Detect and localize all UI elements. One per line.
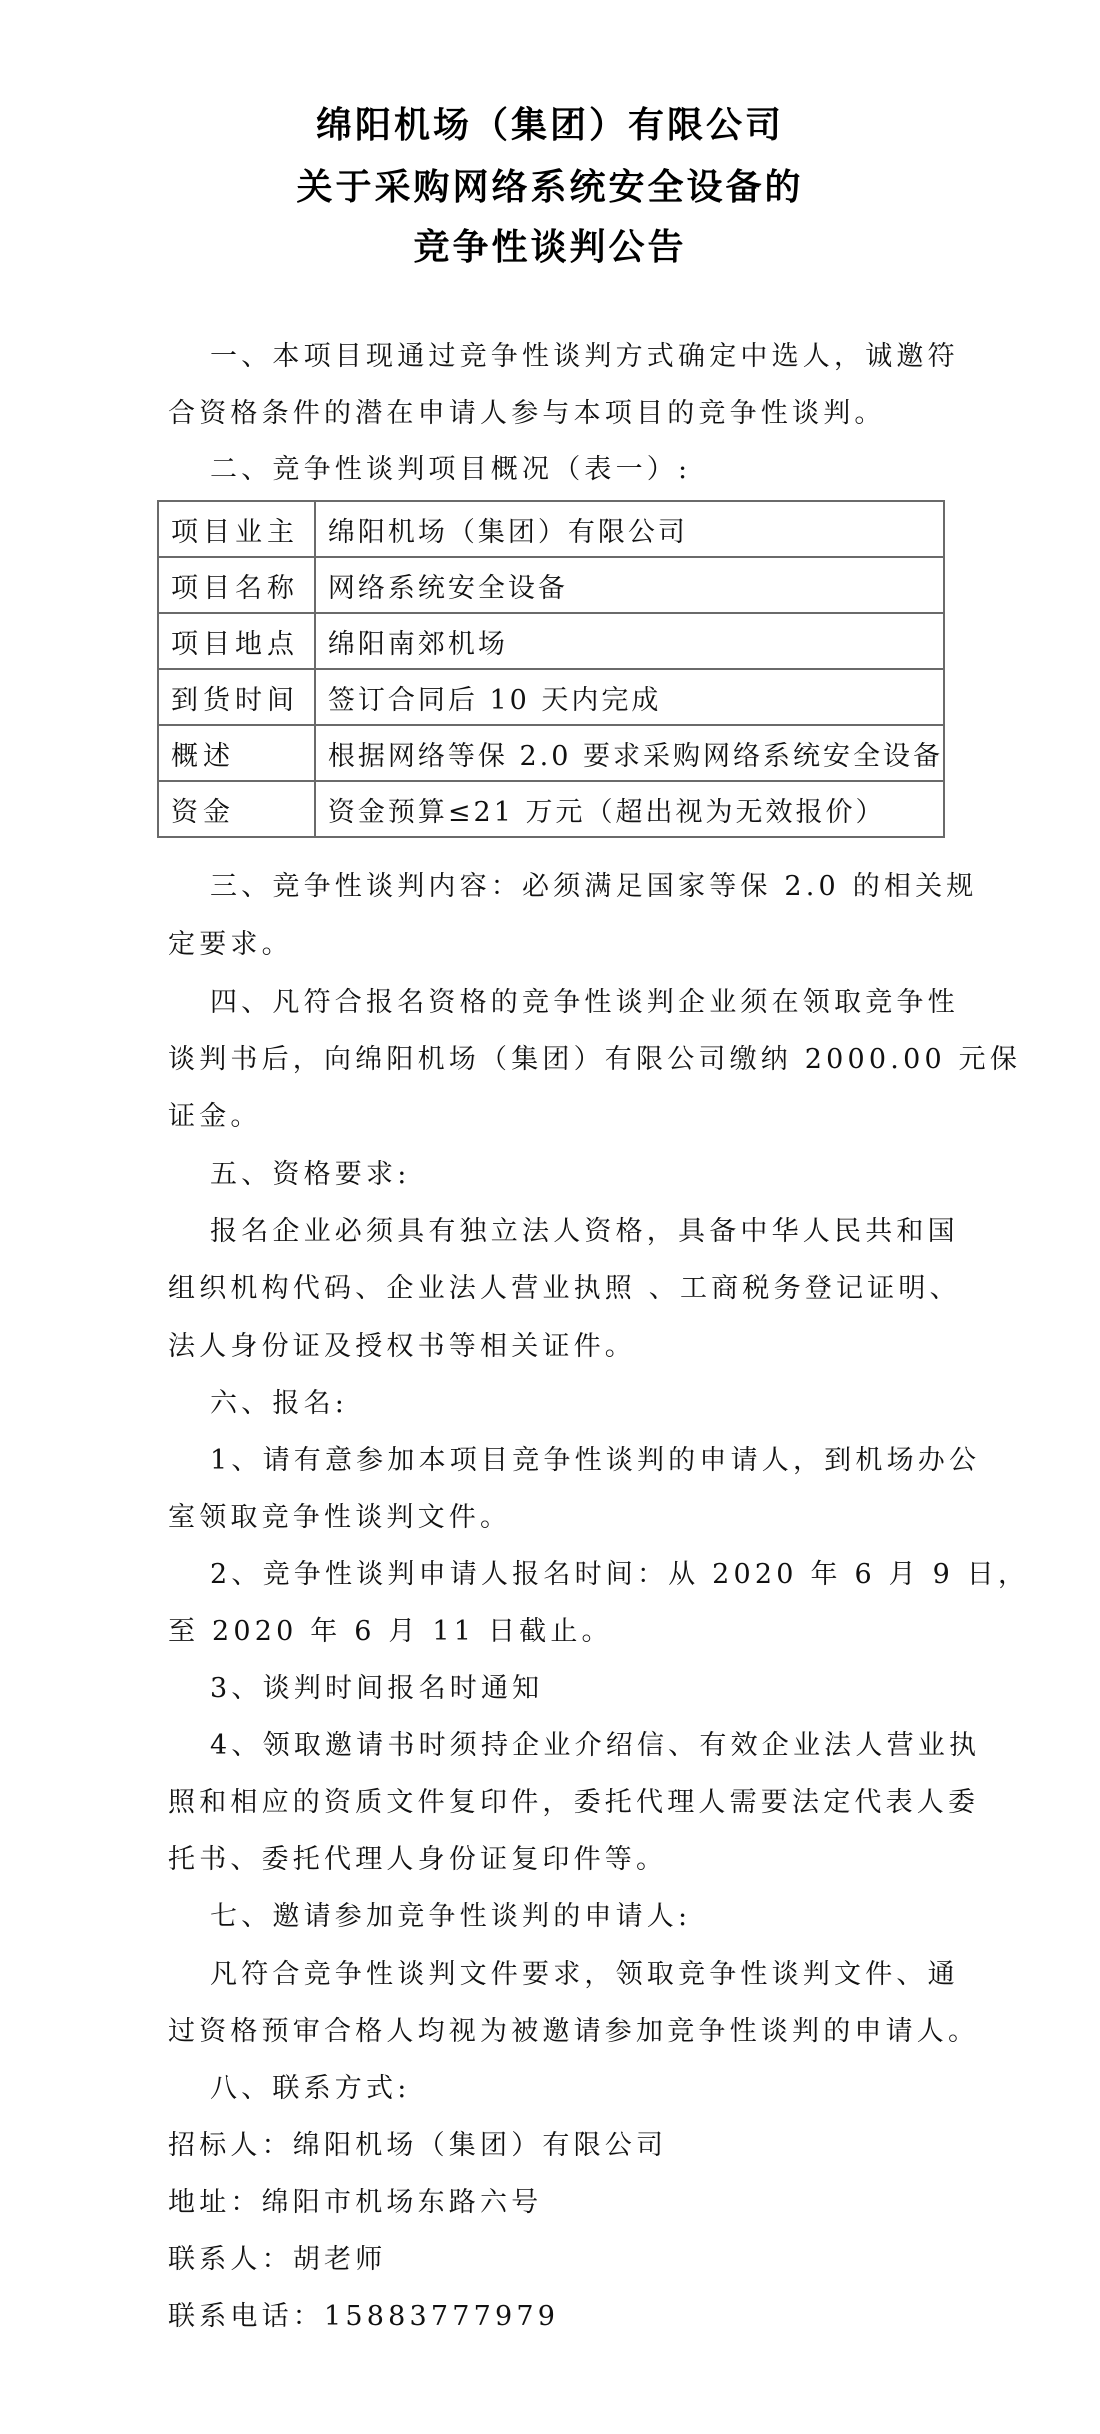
section-3-line-2: 定要求。 [168,928,293,962]
table-key: 概述 [158,725,315,781]
table-value: 绵阳机场（集团）有限公司 [315,501,944,557]
table-row: 项目名称 网络系统安全设备 [158,557,944,613]
section-6-item-4-line-1: 4、领取邀请书时须持企业介绍信、有效企业法人营业执 [210,1729,980,1763]
contact-phone: 联系电话：15883777979 [168,2300,559,2334]
section-5-line-1: 报名企业必须具有独立法人资格，具备中华人民共和国 [210,1215,959,1249]
section-7-heading: 七、邀请参加竞争性谈判的申请人: [210,1900,691,1934]
table-key: 项目业主 [158,501,315,557]
section-1-line-2: 合资格条件的潜在申请人参与本项目的竞争性谈判。 [168,397,886,431]
title-line-2: 关于采购网络系统安全设备的 [0,159,1100,210]
section-6-item-1-line-2: 室领取竞争性谈判文件。 [168,1501,511,1535]
section-6-heading: 六、报名: [210,1387,348,1421]
table-key: 项目名称 [158,557,315,613]
table-row: 概述 根据网络等保 2.0 要求采购网络系统安全设备 [158,725,944,781]
table-row: 项目业主 绵阳机场（集团）有限公司 [158,501,944,557]
section-5-line-2: 组织机构代码、企业法人营业执照 、工商税务登记证明、 [168,1272,961,1306]
table-row: 到货时间 签订合同后 10 天内完成 [158,669,944,725]
section-8-heading: 八、联系方式: [210,2072,411,2106]
table-value: 资金预算≤21 万元（超出视为无效报价） [315,781,944,837]
table-value: 网络系统安全设备 [315,557,944,613]
table-value: 签订合同后 10 天内完成 [315,669,944,725]
section-6-item-2-line-2: 至 2020 年 6 月 11 日截止。 [168,1615,613,1649]
table-value: 根据网络等保 2.0 要求采购网络系统安全设备 [315,725,944,781]
section-6-item-2-line-1: 2、竞争性谈判申请人报名时间：从 2020 年 6 月 9 日， [210,1558,1029,1592]
section-6-item-4-line-3: 托书、委托代理人身份证复印件等。 [168,1843,667,1877]
title-line-3: 竞争性谈判公告 [0,219,1100,270]
table-row: 项目地点 绵阳南郊机场 [158,613,944,669]
section-4-line-2: 谈判书后，向绵阳机场（集团）有限公司缴纳 2000.00 元保 [168,1043,1021,1077]
section-6-item-4-line-2: 照和相应的资质文件复印件，委托代理人需要法定代表人委 [168,1786,979,1820]
section-1-line-1: 一、本项目现通过竞争性谈判方式确定中选人，诚邀符 [210,340,959,374]
section-5-heading: 五、资格要求: [210,1158,411,1192]
table-key: 项目地点 [158,613,315,669]
table-row: 资金 资金预算≤21 万元（超出视为无效报价） [158,781,944,837]
section-4-line-3: 证金。 [168,1100,262,1134]
section-3-line-1: 三、竞争性谈判内容：必须满足国家等保 2.0 的相关规 [210,870,978,904]
title-line-1: 绵阳机场（集团）有限公司 [0,97,1100,148]
table-key: 到货时间 [158,669,315,725]
section-6-item-1-line-1: 1、请有意参加本项目竞争性谈判的申请人，到机场办公 [210,1444,980,1478]
section-5-line-3: 法人身份证及授权书等相关证件。 [168,1330,636,1364]
contact-address: 地址：绵阳市机场东路六号 [168,2186,542,2220]
table-key: 资金 [158,781,315,837]
contact-person: 联系人：胡老师 [168,2243,386,2277]
contact-tenderer: 招标人：绵阳机场（集团）有限公司 [168,2129,667,2163]
project-overview-table: 项目业主 绵阳机场（集团）有限公司 项目名称 网络系统安全设备 项目地点 绵阳南… [157,500,945,838]
section-6-item-3: 3、谈判时间报名时通知 [210,1672,543,1706]
section-7-line-2: 过资格预审合格人均视为被邀请参加竞争性谈判的申请人。 [168,2015,979,2049]
section-4-line-1: 四、凡符合报名资格的竞争性谈判企业须在领取竞争性 [210,986,959,1020]
section-7-line-1: 凡符合竞争性谈判文件要求，领取竞争性谈判文件、通 [210,1958,959,1992]
table-value: 绵阳南郊机场 [315,613,944,669]
section-2-heading: 二、竞争性谈判项目概况（表一）: [210,453,691,487]
